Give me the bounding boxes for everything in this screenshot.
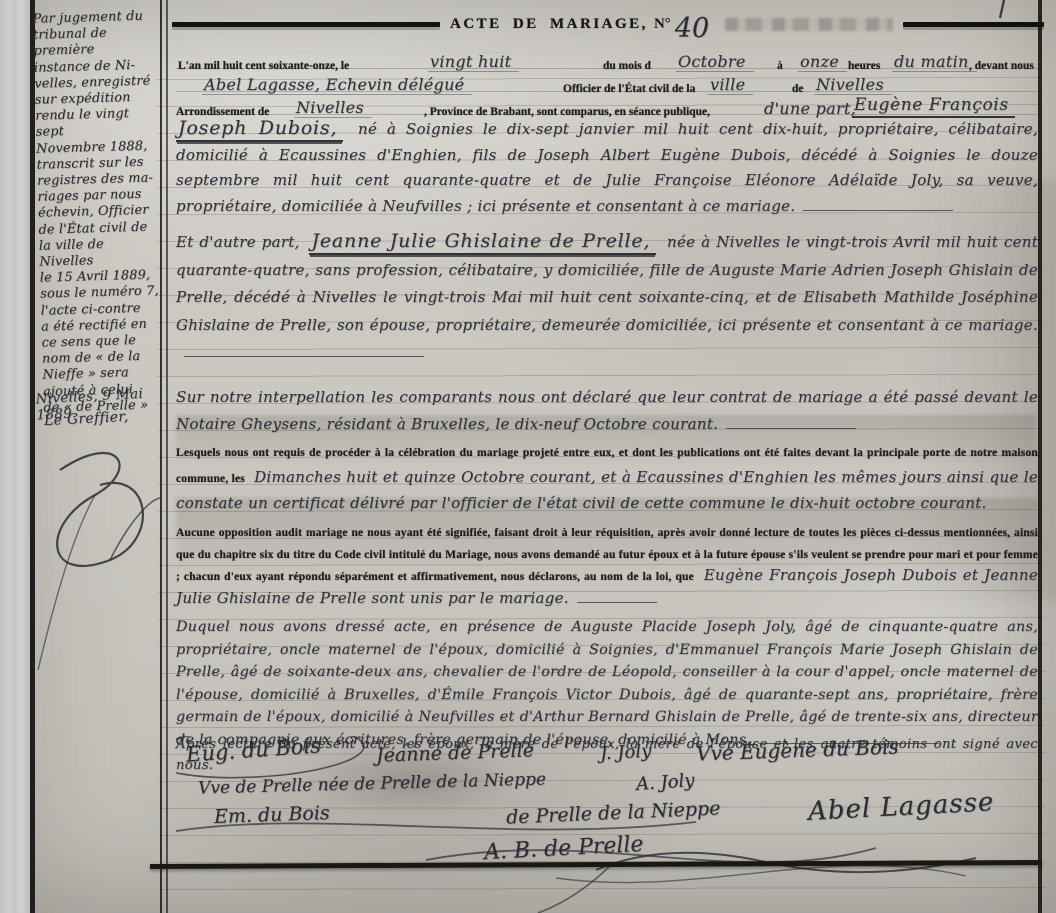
act-number: 40	[675, 13, 709, 44]
signature-family: Vve Eugène du Bois	[696, 734, 899, 765]
handwritten-publications: Dimanches huit et quinze Octobre courant…	[176, 468, 1038, 512]
contract-declaration: Sur notre interpellation les comparants …	[176, 388, 1038, 433]
signature-witness: A. B. de Prelle	[483, 832, 644, 865]
witnesses-details: Duquel nous avons dressé acte, en présen…	[176, 619, 1038, 748]
form-line-officer: Abel Lagasse, Echevin délégué Officier d…	[176, 67, 1038, 92]
act-title: ACTE DE MARIAGE,	[450, 16, 648, 33]
right-border-rule	[1038, 0, 1042, 913]
signature-mother-bride: Vve de Prelle née de Prelle de la Nieppe	[198, 769, 546, 798]
form-line-date: L'an mil huit cent soixante-onze, le vin…	[176, 44, 1038, 69]
handwritten-arrondissement: Nivelles	[294, 98, 372, 118]
groom-name: Joseph Dubois,	[176, 117, 343, 142]
witnesses-paragraph: Duquel nous avons dressé acte, en présen…	[176, 616, 1038, 751]
signature-witness: J. Joly	[599, 741, 651, 765]
bride-name: Jeanne Julie Ghislaine de Prelle,	[309, 230, 656, 255]
ink-rule	[184, 353, 424, 357]
act-header: ACTE DE MARIAGE, N° 40	[172, 4, 1044, 44]
left-margin-rule	[160, 0, 162, 913]
groom-paragraph: Joseph Dubois, né à Soignies le dix-sept…	[176, 116, 1038, 219]
bride-intro: Et d'autre part,	[176, 233, 300, 251]
header-rule-right	[903, 22, 1044, 27]
left-margin-rule	[166, 0, 168, 913]
faded-stamp	[725, 18, 893, 31]
groom-first-names: Eugène François	[852, 95, 1015, 118]
signature-bride: Jeanne de Prelle	[376, 739, 535, 766]
bride-paragraph: Et d'autre part, Jeanne Julie Ghislaine …	[176, 228, 1038, 367]
signature-groom: Eug. du Bois	[185, 733, 321, 766]
opposition-paragraph: Aucune opposition audit mariage ne nous …	[176, 522, 1038, 609]
ink-rule	[577, 599, 657, 603]
signatures-zone: Eug. du Bois Jeanne de Prelle J. Joly Vv…	[176, 736, 1038, 912]
ink-rule	[803, 207, 953, 211]
header-rule-left	[172, 22, 440, 27]
margin-rectification-note: Par jugement du tribunal de première ins…	[32, 8, 165, 416]
form-line-arrondissement: Arrondissement de Nivelles , Province de…	[176, 90, 1038, 115]
publications-paragraph: Lesquels nous ont requis de procéder à l…	[176, 440, 1038, 516]
act-number-label: N°	[654, 16, 671, 33]
page-fold-line	[30, 0, 35, 913]
ink-rule	[726, 425, 856, 429]
marriage-act-scan: Par jugement du tribunal de première ins…	[0, 0, 1056, 913]
signature-witness: A. Joly	[635, 770, 695, 795]
signature-official: Abel Lagasse	[807, 787, 995, 827]
scanner-edge	[0, 0, 30, 913]
signature-witness: de Prelle de la Nieppe	[506, 797, 721, 828]
signature-witness: Em. du Bois	[214, 802, 330, 828]
contract-paragraph: Sur notre interpellation les comparants …	[176, 384, 1038, 438]
